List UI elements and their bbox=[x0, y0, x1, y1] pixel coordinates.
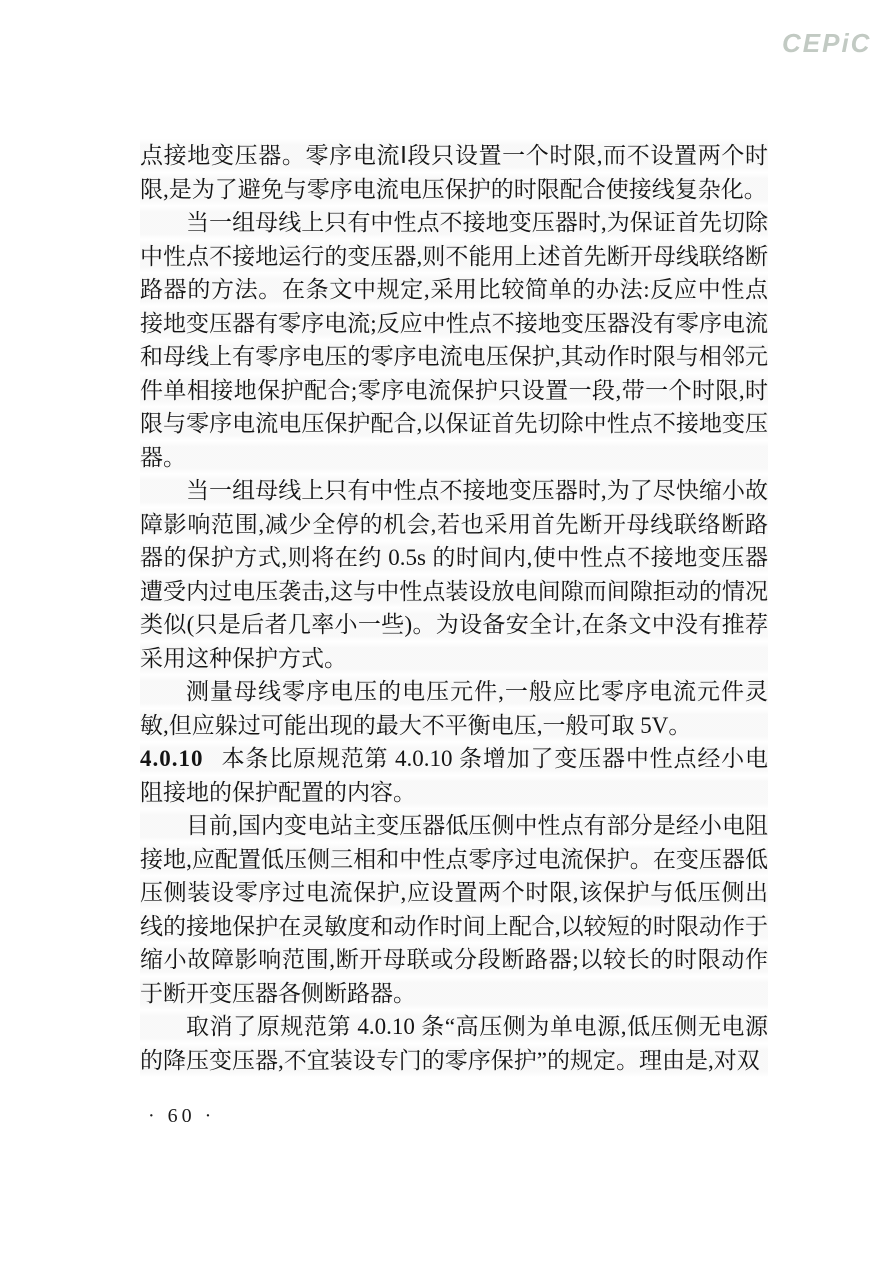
clause-number: 4.0.10 bbox=[140, 746, 204, 771]
paragraph: 目前,国内变电站主变压器低压侧中性点有部分是经小电阻接地,应配置低压侧三相和中性… bbox=[140, 809, 768, 1010]
paragraph: 点接地变压器。零序电流Ⅰ段只设置一个时限,而不设置两个时限,是为了避免与零序电流… bbox=[140, 139, 768, 206]
text-column: 点接地变压器。零序电流Ⅰ段只设置一个时限,而不设置两个时限,是为了避免与零序电流… bbox=[140, 139, 768, 1077]
paragraph: 4.0.10本条比原规范第 4.0.10 条增加了变压器中性点经小电阻接地的保护… bbox=[140, 742, 768, 809]
cepic-logo: CEPiC bbox=[782, 28, 871, 59]
paragraph: 测量母线零序电压的电压元件,一般应比零序电流元件灵敏,但应躲过可能出现的最大不平… bbox=[140, 675, 768, 742]
paragraph: 当一组母线上只有中性点不接地变压器时,为了尽快缩小故障影响范围,减少全停的机会,… bbox=[140, 474, 768, 675]
scanned-document-page: CEPiC 点接地变压器。零序电流Ⅰ段只设置一个时限,而不设置两个时限,是为了避… bbox=[0, 0, 892, 1263]
page-number: · 60 · bbox=[148, 1105, 215, 1128]
paragraph: 当一组母线上只有中性点不接地变压器时,为保证首先切除中性点不接地运行的变压器,则… bbox=[140, 206, 768, 474]
paragraph: 取消了原规范第 4.0.10 条“高压侧为单电源,低压侧无电源的降压变压器,不宜… bbox=[140, 1010, 768, 1077]
